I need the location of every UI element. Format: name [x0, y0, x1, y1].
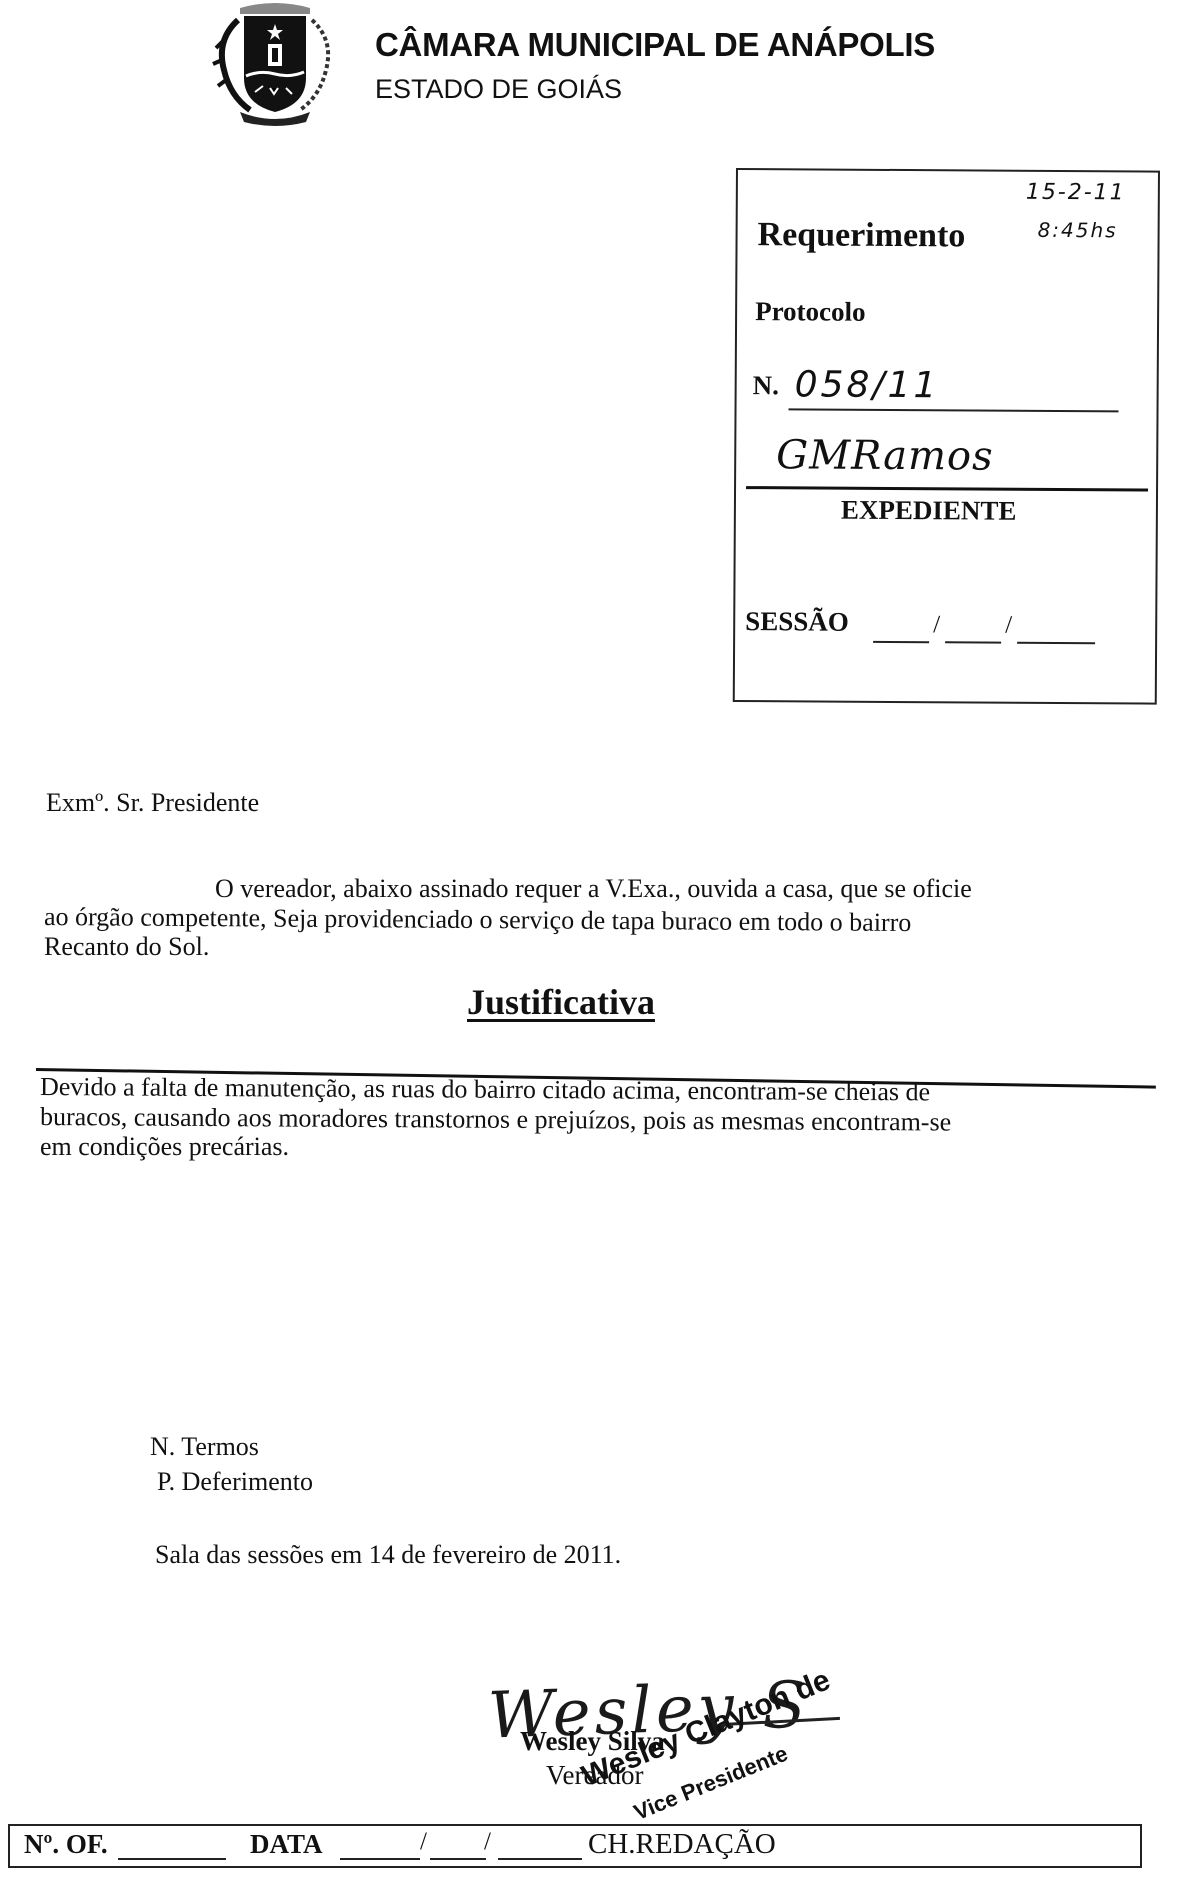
date-year-blank [498, 1858, 582, 1860]
date-day-blank [340, 1858, 420, 1860]
protocol-label: Protocolo [755, 296, 866, 328]
session-year-blank [1017, 642, 1095, 644]
session-month-blank [945, 641, 1001, 643]
date-month-blank [430, 1858, 486, 1860]
received-date: 15-2-11 [1026, 180, 1126, 206]
justification-heading: Justificativa [467, 981, 655, 1023]
coat-of-arms-icon [210, 0, 340, 126]
office-number-blank [118, 1858, 226, 1860]
date-slash: / [484, 1828, 491, 1856]
protocol-number-line [789, 408, 1119, 412]
redaction-chief-label: CH.REDAÇÃO [588, 1828, 776, 1861]
office-routing-bar: Nº. OF. DATA / / CH.REDAÇÃO [8, 1824, 1142, 1868]
received-time: 8:45hs [1038, 218, 1118, 242]
expediente-label: EXPEDIENTE [841, 495, 1017, 527]
date-label: DATA [250, 1829, 323, 1860]
session-slash: / [933, 611, 940, 639]
clerk-signature: GMRamos [776, 432, 994, 479]
session-slash: / [1005, 612, 1012, 640]
request-text-line: O vereador, abaixo assinado requer a V.E… [215, 874, 972, 904]
office-number-label: Nº. OF. [24, 1829, 108, 1860]
protocol-stamp-box: 15-2-11 8:45hs Requerimento Protocolo N.… [733, 168, 1160, 705]
institution-name: CÂMARA MUNICIPAL DE ANÁPOLIS [375, 26, 935, 64]
closing-line: P. Deferimento [157, 1467, 313, 1497]
protocol-number-label: N. [753, 370, 779, 401]
session-day-blank [873, 641, 929, 643]
signature-rule [746, 486, 1148, 491]
protocol-number-value: 058/11 [795, 364, 940, 406]
place-and-date: Sala das sessões em 14 de fevereiro de 2… [155, 1540, 621, 1570]
justification-text-line: em condições precárias. [40, 1132, 289, 1162]
document-type-title: Requerimento [757, 216, 965, 255]
date-slash: / [420, 1828, 427, 1856]
state-name: ESTADO DE GOIÁS [375, 74, 622, 105]
request-text-line: Recanto do Sol. [44, 932, 209, 962]
salutation: Exmº. Sr. Presidente [46, 788, 259, 818]
closing-line: N. Termos [150, 1432, 259, 1462]
session-label: SESSÃO [745, 606, 849, 638]
